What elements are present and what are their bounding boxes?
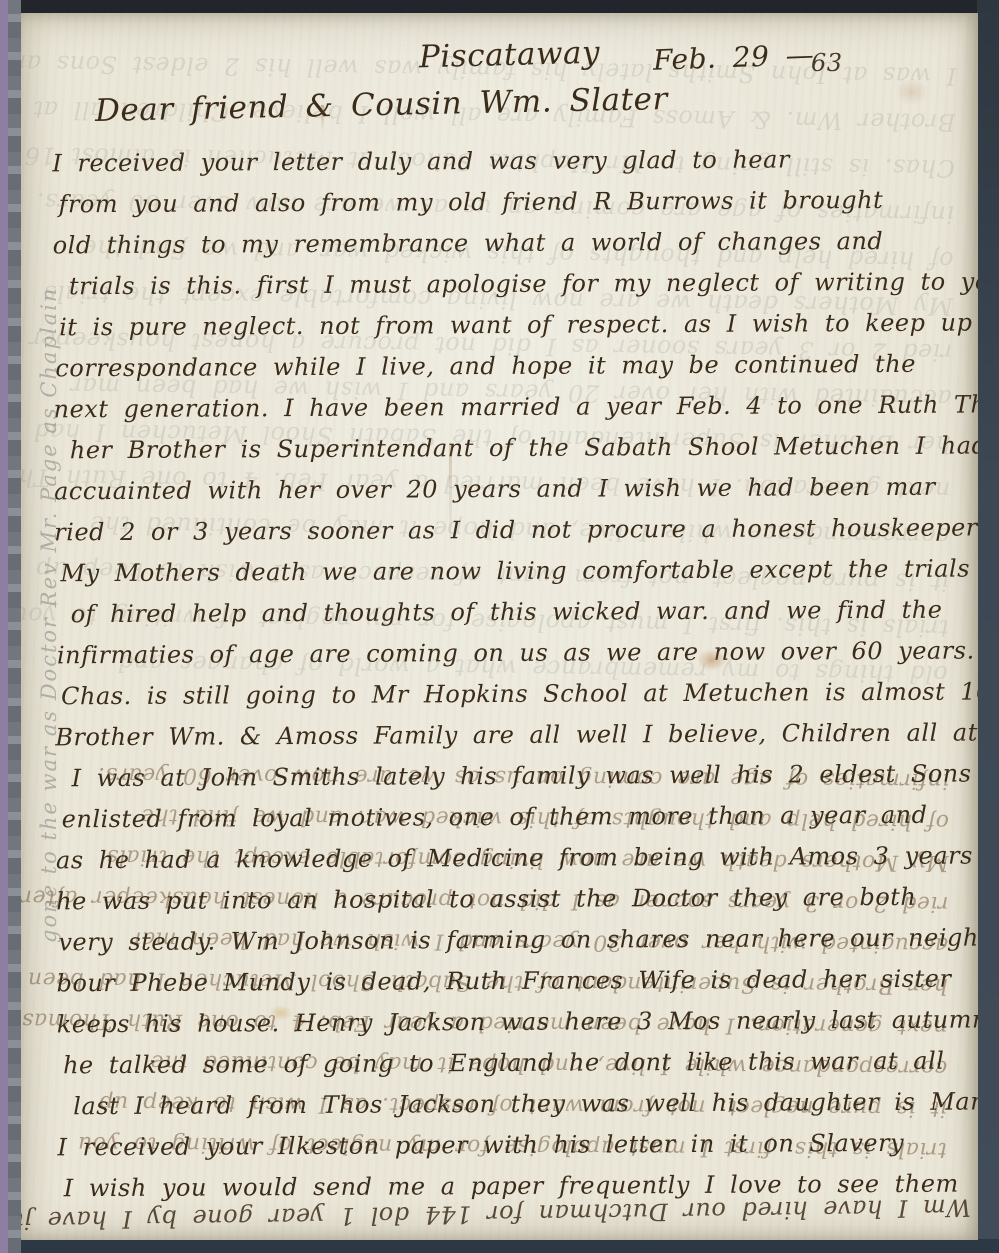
body-line: correspondance while I live, and hope it… bbox=[55, 344, 942, 390]
body-line: it is pure neglect. not from want of res… bbox=[59, 303, 942, 349]
body-line: bour Phebe Mundy is dead, Ruth Frances W… bbox=[57, 959, 946, 1005]
page-edge-purple-strip bbox=[0, 0, 8, 1253]
body-line: ried 2 or 3 years sooner as I did not pr… bbox=[54, 508, 943, 554]
body-line: I was at John Smiths lately his family w… bbox=[71, 754, 944, 800]
paper-stain bbox=[269, 1005, 293, 1021]
body-line: I received your letter duly and was very… bbox=[52, 139, 941, 185]
scanned-letter: old things to my remembrance what a worl… bbox=[0, 0, 999, 1253]
body-line: accuainted with her over 20 years and I … bbox=[54, 467, 943, 513]
margin-note-vertical: gone to the war as Doctor Rev Mr. Page a… bbox=[37, 243, 61, 943]
body-line: Chas. is still going to Mr Hopkins Schoo… bbox=[61, 672, 944, 718]
heading-location: Piscataway bbox=[419, 35, 601, 76]
body-line: old things to my remembrance what a worl… bbox=[53, 221, 942, 267]
ink-stain bbox=[697, 649, 727, 671]
ink-dribble bbox=[321, 105, 324, 131]
scanner-mat-bottom bbox=[0, 1239, 999, 1253]
body-line: he was put into an hospital to assist th… bbox=[56, 877, 945, 923]
heading-year: 63 bbox=[811, 49, 843, 77]
letter-page: old things to my remembrance what a worl… bbox=[21, 13, 978, 1240]
paper-crease bbox=[449, 443, 452, 553]
body-line: Brother Wm. & Amoss Family are all well … bbox=[55, 713, 944, 759]
body-line: next generation. I have been married a y… bbox=[54, 385, 943, 431]
scanner-mat-top bbox=[0, 0, 999, 13]
body-line: very steady. Wm Johnson is farming on sh… bbox=[58, 918, 945, 964]
letter-body: I received your letter duly and was very… bbox=[52, 139, 947, 1210]
body-line: keeps his house. Henry Jackson was here … bbox=[57, 1000, 946, 1046]
heading-date: Feb. 29 — bbox=[652, 38, 814, 77]
body-line: I received your Ilkeston paper with his … bbox=[57, 1123, 946, 1169]
body-line: her Brother is Superintendant of the Sab… bbox=[70, 426, 943, 472]
salutation-line: Dear friend & Cousin Wm. Slater bbox=[95, 81, 668, 129]
body-line: trials is this. first I must apologise f… bbox=[69, 262, 942, 308]
body-line: infirmaties of age are coming on us as w… bbox=[57, 631, 944, 677]
paper-stain-faint bbox=[895, 79, 929, 105]
body-line: last I heard from Thos Jackson they was … bbox=[73, 1082, 946, 1128]
body-line: enlisted from loyal motives, one of them… bbox=[62, 795, 945, 841]
body-line: as he had a knowledge of Medicine from b… bbox=[56, 836, 945, 882]
page-edge-grey-strip bbox=[8, 0, 21, 1253]
body-line: of hired help and thoughts of this wicke… bbox=[71, 590, 944, 636]
body-line: he talked some of going to England he do… bbox=[63, 1041, 946, 1087]
body-line: My Mothers death we are now living comfo… bbox=[60, 549, 943, 595]
scanner-mat-right bbox=[977, 0, 999, 1253]
body-line: from you and also from my old friend R B… bbox=[58, 180, 941, 226]
